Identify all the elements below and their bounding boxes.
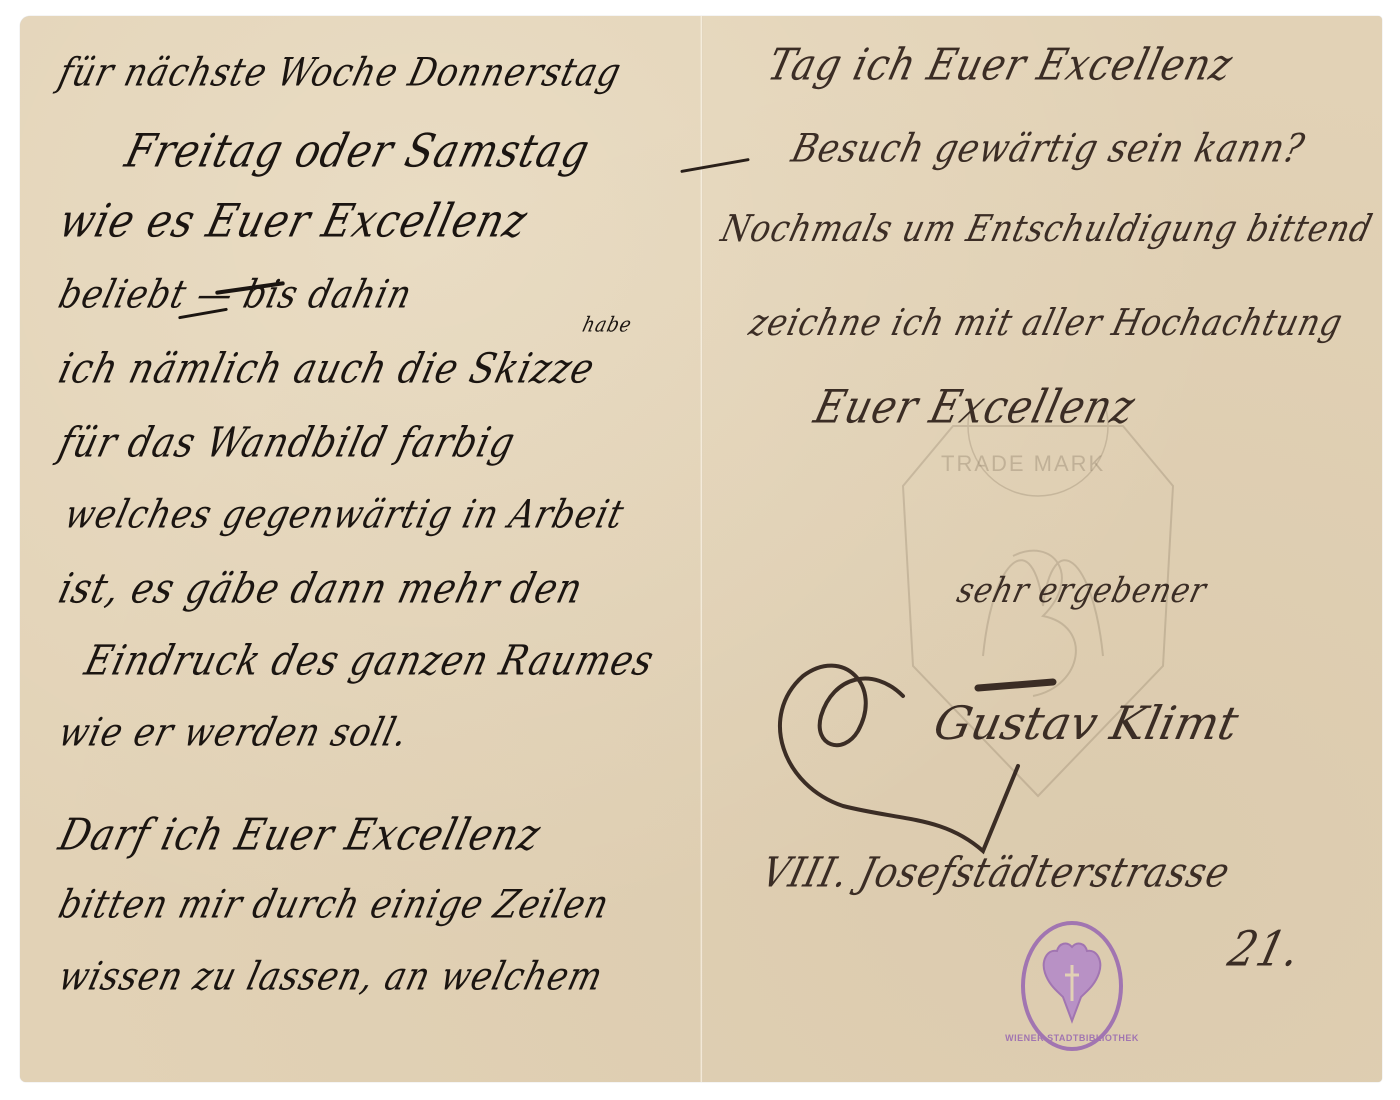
right-line-2: Besuch gewärtig sein kann?: [787, 126, 1309, 172]
left-line-10: wie er werden soll.: [54, 710, 413, 756]
left-line-1: für nächste Woche Donnerstag: [54, 50, 626, 96]
stamp-text: WIENER STADTBIBLIOTHEK: [1005, 1033, 1139, 1043]
left-page: für nächste Woche Donnerstag Freitag ode…: [20, 16, 700, 1082]
left-insertion-habe: habe: [580, 313, 635, 337]
left-line-11: Darf ich Euer Excellenz: [54, 809, 546, 860]
library-stamp: WIENER STADTBIBLIOTHEK: [1021, 921, 1123, 1051]
left-line-8: ist, es gäbe dann mehr den: [54, 566, 588, 613]
address-number: 21.: [1223, 921, 1307, 977]
address-street: VIII. Josefstädterstrasse: [757, 850, 1235, 897]
right-line-3: Nochmals um Entschuldigung bittend: [717, 206, 1377, 250]
signature: Gustav Klimt: [929, 696, 1243, 750]
left-line-3: wie es Euer Excellenz: [54, 195, 533, 248]
right-line-5: Euer Excellenz: [809, 381, 1141, 434]
letter-sheet: für nächste Woche Donnerstag Freitag ode…: [20, 16, 1382, 1082]
left-line-6: für das Wandbild farbig: [54, 420, 520, 467]
left-line-7: welches gegenwärtig in Arbeit: [60, 492, 629, 538]
eagle-emblem-icon: [1039, 939, 1105, 1029]
closing-phrase: sehr ergebener: [953, 571, 1211, 611]
left-line-5: ich nämlich auch die Skizze: [54, 346, 600, 393]
right-line-1: Tag ich Euer Excellenz: [763, 39, 1238, 90]
right-page: TRADE MARK Tag ich Euer Excellenz Besuch…: [703, 16, 1382, 1082]
left-line-12: bitten mir durch einige Zeilen: [54, 882, 614, 928]
left-line-4: beliebt — bis dahin: [54, 272, 417, 318]
right-line-4: zeichne ich mit aller Hochachtung: [745, 300, 1348, 344]
left-line-9: Eindruck des ganzen Raumes: [80, 638, 659, 685]
watermark-text: TRADE MARK: [941, 451, 1105, 477]
left-line-13: wissen zu lassen, an welchem: [54, 954, 608, 1000]
left-line-2: Freitag oder Samstag: [120, 125, 595, 178]
